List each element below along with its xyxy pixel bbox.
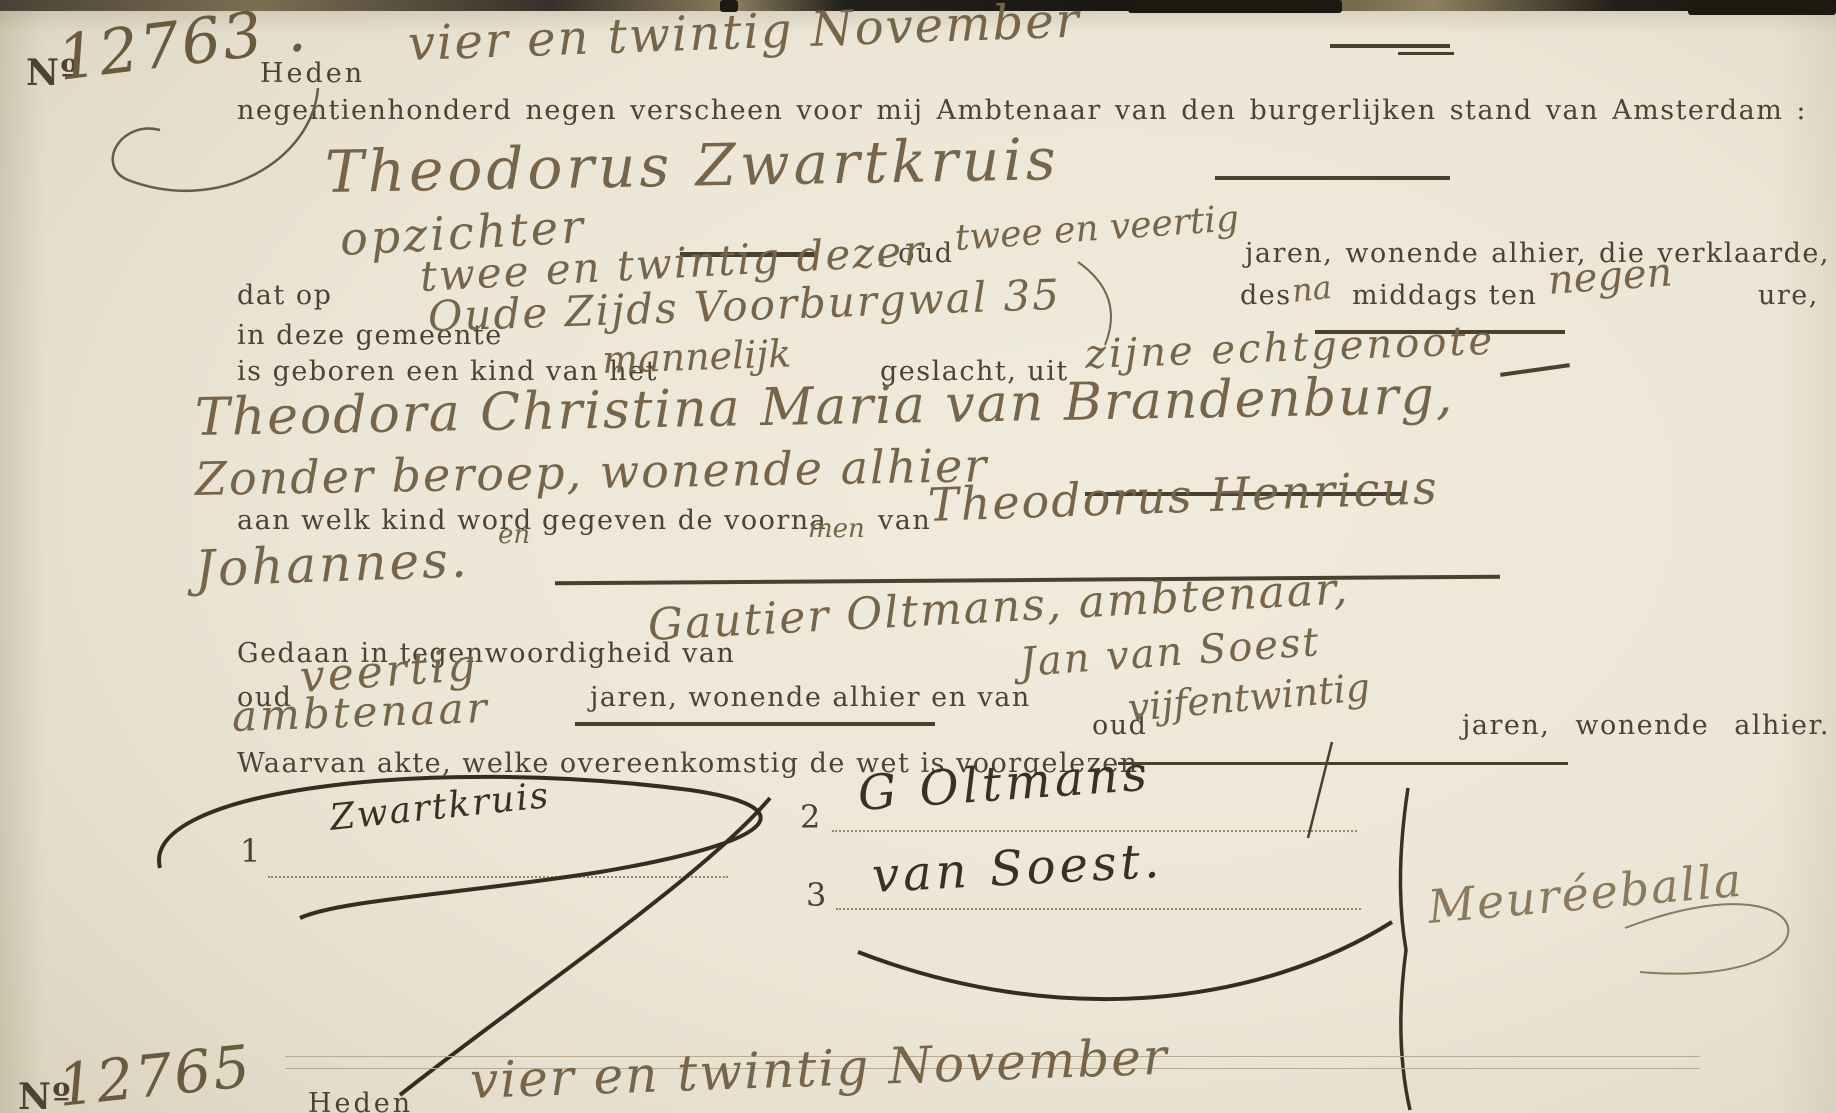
next-record-heden: Heden <box>308 1088 413 1113</box>
closing-ink-stroke <box>1308 742 1332 838</box>
registrar-flourish <box>1625 904 1788 973</box>
record-number-flourish <box>113 88 318 191</box>
birth-certificate-scan: Nº 12763 . Heden vier en twintig Novembe… <box>0 0 1836 1113</box>
signature3-underline-swoosh <box>858 922 1392 999</box>
registrar-brace <box>1400 788 1410 1110</box>
ink-flourishes <box>0 0 1836 1113</box>
signature1-flourish-loop <box>159 777 761 918</box>
birthday-tail-stroke <box>1078 262 1111 345</box>
